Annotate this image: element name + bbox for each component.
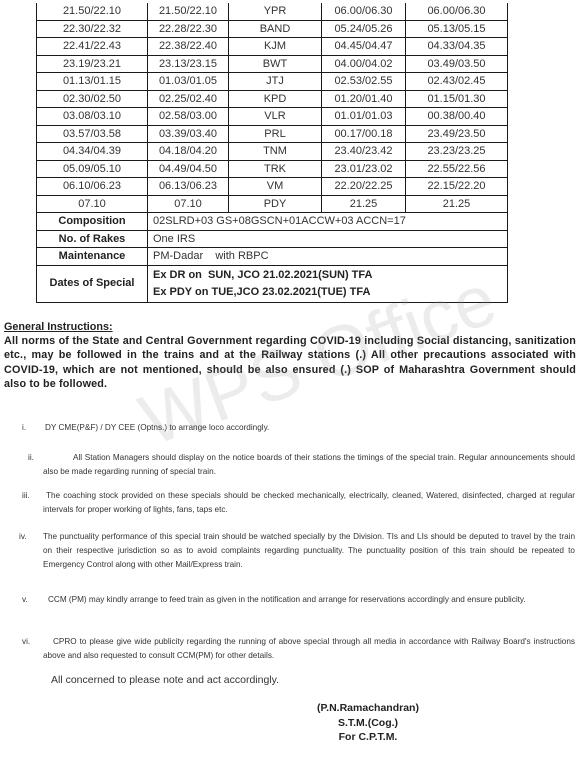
- timing-cell: 22.38/22.40: [148, 38, 229, 56]
- timing-cell: 03.08/03.10: [37, 108, 148, 126]
- maintenance-row: Maintenance PM-Dadar with RBPC: [37, 248, 508, 266]
- instruction-item: ii. All Station Managers should display …: [28, 451, 584, 481]
- rakes-label: No. of Rakes: [37, 230, 148, 248]
- timing-cell: 01.03/01.05: [148, 73, 229, 91]
- timetable-row: 03.08/03.1002.58/03.00VLR01.01/01.0300.3…: [37, 108, 508, 126]
- timing-cell: 07.10: [148, 195, 229, 213]
- signatory-name: (P.N.Ramachandran): [308, 701, 428, 716]
- station-code-cell: PRL: [229, 125, 322, 143]
- timing-cell: 23.49/23.50: [406, 125, 508, 143]
- timing-cell: 03.39/03.40: [148, 125, 229, 143]
- timing-cell: 01.13/01.15: [37, 73, 148, 91]
- maintenance-value: PM-Dadar with RBPC: [148, 248, 508, 266]
- timing-cell: 21.25: [406, 195, 508, 213]
- timing-cell: 07.10: [37, 195, 148, 213]
- timing-cell: 03.49/03.50: [406, 55, 508, 73]
- timing-cell: 21.50/22.10: [148, 3, 229, 20]
- dates-label: Dates of Special: [37, 265, 148, 302]
- document-page: 21.50/22.1021.50/22.10YPR06.00/06.3006.0…: [0, 0, 586, 757]
- station-code-cell: PDY: [229, 195, 322, 213]
- instruction-text: CCM (PM) may kindly arrange to feed trai…: [43, 593, 575, 607]
- instruction-number: v.: [22, 593, 28, 607]
- timing-cell: 05.24/05.26: [322, 20, 406, 38]
- timing-cell: 02.43/02.45: [406, 73, 508, 91]
- maintenance-label: Maintenance: [37, 248, 148, 266]
- timing-cell: 01.20/01.40: [322, 90, 406, 108]
- timing-cell: 22.30/22.32: [37, 20, 148, 38]
- timing-cell: 04.00/04.02: [322, 55, 406, 73]
- station-code-cell: KJM: [229, 38, 322, 56]
- instruction-text: CPRO to please give wide publicity regar…: [43, 635, 575, 663]
- timing-cell: 23.23/23.25: [406, 143, 508, 161]
- timing-cell: 06.00/06.30: [406, 3, 508, 20]
- timetable-row: 02.30/02.5002.25/02.40KPD01.20/01.4001.1…: [37, 90, 508, 108]
- timing-cell: 05.13/05.15: [406, 20, 508, 38]
- instruction-item: iii. The coaching stock provided on thes…: [22, 489, 582, 519]
- composition-row: Composition 02SLRD+03 GS+08GSCN+01ACCW+0…: [37, 213, 508, 231]
- timing-cell: 21.50/22.10: [37, 3, 148, 20]
- dates-line-1: Ex DR on SUN, JCO 21.02.2021(SUN) TFA: [153, 267, 507, 284]
- timetable-row: 06.10/06.2306.13/06.23VM22.20/22.2522.15…: [37, 178, 508, 196]
- timing-cell: 04.33/04.35: [406, 38, 508, 56]
- station-code-cell: VM: [229, 178, 322, 196]
- timing-cell: 22.41/22.43: [37, 38, 148, 56]
- timing-cell: 02.58/03.00: [148, 108, 229, 126]
- timing-cell: 02.25/02.40: [148, 90, 229, 108]
- instruction-text: DY CME(P&F) / DY CEE (Optns.) to arrange…: [45, 421, 575, 435]
- timing-cell: 22.55/22.56: [406, 160, 508, 178]
- timetable-row: 23.19/23.2123.13/23.15BWT04.00/04.0203.4…: [37, 55, 508, 73]
- timetable-row: 03.57/03.5803.39/03.40PRL00.17/00.1823.4…: [37, 125, 508, 143]
- timing-cell: 03.57/03.58: [37, 125, 148, 143]
- timetable: 21.50/22.1021.50/22.10YPR06.00/06.3006.0…: [36, 3, 508, 303]
- timing-cell: 01.15/01.30: [406, 90, 508, 108]
- instruction-number: i.: [22, 421, 26, 435]
- station-code-cell: KPD: [229, 90, 322, 108]
- station-code-cell: TRK: [229, 160, 322, 178]
- timing-cell: 23.19/23.21: [37, 55, 148, 73]
- timing-cell: 04.34/04.39: [37, 143, 148, 161]
- timing-cell: 04.45/04.47: [322, 38, 406, 56]
- timetable-row: 22.30/22.3222.28/22.30BAND05.24/05.2605.…: [37, 20, 508, 38]
- timetable-row: 04.34/04.3904.18/04.20TNM23.40/23.4223.2…: [37, 143, 508, 161]
- instruction-number: ii.: [28, 451, 34, 465]
- timing-cell: 23.01/23.02: [322, 160, 406, 178]
- timetable-row: 01.13/01.1501.03/01.05JTJ02.53/02.5502.4…: [37, 73, 508, 91]
- station-code-cell: BWT: [229, 55, 322, 73]
- instruction-item: vi. CPRO to please give wide publicity r…: [22, 635, 582, 665]
- instruction-text: All Station Managers should display on t…: [43, 451, 575, 479]
- timing-cell: 06.13/06.23: [148, 178, 229, 196]
- instruction-number: vi.: [22, 635, 30, 649]
- instruction-text: The coaching stock provided on these spe…: [43, 489, 575, 517]
- dates-line-2: Ex PDY on TUE,JCO 23.02.2021(TUE) TFA: [153, 284, 507, 301]
- station-code-cell: TNM: [229, 143, 322, 161]
- signatory-for: For C.P.T.M.: [308, 730, 428, 745]
- station-code-cell: JTJ: [229, 73, 322, 91]
- timing-cell: 23.40/23.42: [322, 143, 406, 161]
- timing-cell: 22.20/22.25: [322, 178, 406, 196]
- signatory-designation: S.T.M.(Cog.): [308, 716, 428, 731]
- timing-cell: 00.38/00.40: [406, 108, 508, 126]
- timing-cell: 04.49/04.50: [148, 160, 229, 178]
- composition-label: Composition: [37, 213, 148, 231]
- timing-cell: 22.15/22.20: [406, 178, 508, 196]
- timing-cell: 21.25: [322, 195, 406, 213]
- instruction-number: iii.: [22, 489, 30, 503]
- timing-cell: 02.53/02.55: [322, 73, 406, 91]
- composition-value: 02SLRD+03 GS+08GSCN+01ACCW+03 ACCN=17: [148, 213, 508, 231]
- timing-cell: 22.28/22.30: [148, 20, 229, 38]
- signature-block: (P.N.Ramachandran) S.T.M.(Cog.) For C.P.…: [308, 701, 428, 745]
- general-instructions-body: All norms of the State and Central Gover…: [4, 334, 576, 391]
- instruction-text: The punctuality performance of this spec…: [43, 530, 575, 572]
- timing-cell: 05.09/05.10: [37, 160, 148, 178]
- rakes-row: No. of Rakes One IRS: [37, 230, 508, 248]
- timing-cell: 01.01/01.03: [322, 108, 406, 126]
- timing-cell: 23.13/23.15: [148, 55, 229, 73]
- station-code-cell: YPR: [229, 3, 322, 20]
- station-code-cell: VLR: [229, 108, 322, 126]
- instruction-item: v. CCM (PM) may kindly arrange to feed t…: [22, 593, 582, 623]
- timetable-row: 22.41/22.4322.38/22.40KJM04.45/04.4704.3…: [37, 38, 508, 56]
- rakes-value: One IRS: [148, 230, 508, 248]
- station-code-cell: BAND: [229, 20, 322, 38]
- timetable-row: 07.1007.10PDY21.2521.25: [37, 195, 508, 213]
- timetable-row: 21.50/22.1021.50/22.10YPR06.00/06.3006.0…: [37, 3, 508, 20]
- instruction-item: iv. The punctuality performance of this …: [19, 530, 582, 574]
- timetable-row: 05.09/05.1004.49/04.50TRK23.01/23.0222.5…: [37, 160, 508, 178]
- closing-note: All concerned to please note and act acc…: [51, 674, 279, 686]
- timing-cell: 06.10/06.23: [37, 178, 148, 196]
- timing-cell: 00.17/00.18: [322, 125, 406, 143]
- general-instructions-heading: General Instructions:: [4, 321, 113, 333]
- timing-cell: 04.18/04.20: [148, 143, 229, 161]
- timing-cell: 02.30/02.50: [37, 90, 148, 108]
- instruction-number: iv.: [19, 530, 27, 544]
- instruction-item: i. DY CME(P&F) / DY CEE (Optns.) to arra…: [22, 421, 582, 435]
- timetable-body: 21.50/22.1021.50/22.10YPR06.00/06.3006.0…: [37, 3, 508, 302]
- timing-cell: 06.00/06.30: [322, 3, 406, 20]
- dates-value: Ex DR on SUN, JCO 21.02.2021(SUN) TFA Ex…: [148, 265, 508, 302]
- dates-row: Dates of Special Ex DR on SUN, JCO 21.02…: [37, 265, 508, 302]
